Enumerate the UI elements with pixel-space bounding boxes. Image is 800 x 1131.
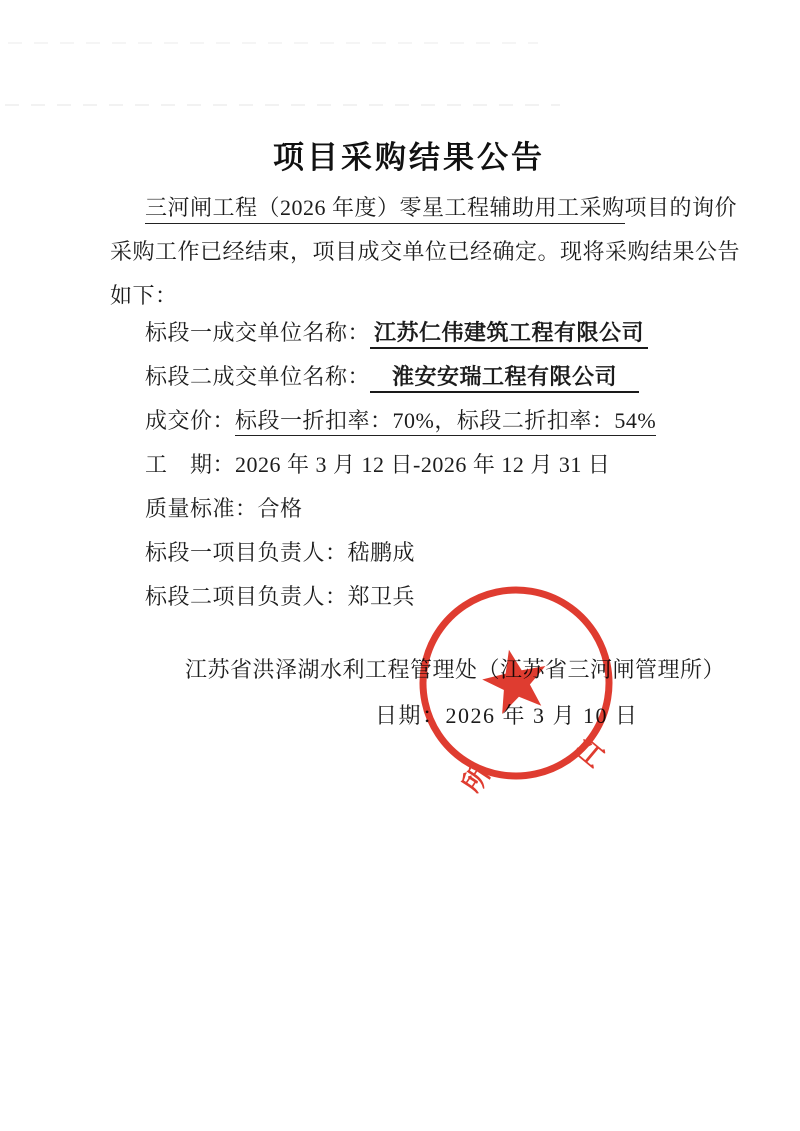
seal-star-icon: [477, 643, 553, 717]
field-value: 江苏仁伟建筑工程有限公司: [370, 320, 648, 349]
field-label: 标段二项目负责人：: [145, 584, 348, 609]
field-label: 工 期：: [145, 452, 235, 477]
project-name-underlined: 三河闸工程（2026 年度）零星工程辅助用工采购: [145, 195, 625, 224]
field-value: 2026 年 3 月 12 日-2026 年 12 月 31 日: [235, 452, 610, 477]
scan-artifact-line: [8, 42, 538, 44]
intro-line-1: 三河闸工程（2026 年度）零星工程辅助用工采购项目的询价: [110, 186, 710, 230]
field-label: 标段一项目负责人：: [145, 540, 348, 565]
field-quality-standard: 质量标准：合格: [145, 487, 725, 531]
field-value: 嵇鹏成: [348, 540, 416, 565]
field-label: 标段二成交单位名称：: [145, 364, 370, 389]
field-label: 成交价：: [145, 408, 235, 433]
official-seal-stamp: 江苏省三河闸管理所: [397, 564, 634, 801]
field-duration: 工 期：2026 年 3 月 12 日-2026 年 12 月 31 日: [145, 443, 725, 487]
field-label: 标段一成交单位名称：: [145, 320, 370, 345]
field-section1-winner: 标段一成交单位名称：江苏仁伟建筑工程有限公司: [145, 311, 725, 355]
field-label: 质量标准：: [145, 496, 258, 521]
page-title: 项目采购结果公告: [110, 132, 708, 177]
field-section2-winner: 标段二成交单位名称：淮安安瑞工程有限公司: [145, 355, 725, 399]
intro-line-2: 采购工作已经结束，项目成交单位已经确定。现将采购结果公告: [110, 230, 710, 274]
scanned-announcement-page: 项目采购结果公告 三河闸工程（2026 年度）零星工程辅助用工采购项目的询价 采…: [0, 0, 800, 1131]
result-fields: 标段一成交单位名称：江苏仁伟建筑工程有限公司 标段二成交单位名称：淮安安瑞工程有…: [145, 311, 725, 619]
field-value: 标段一折扣率：70%，标段二折扣率：54%: [235, 408, 656, 436]
field-value: 淮安安瑞工程有限公司: [370, 364, 639, 393]
intro-paragraph: 三河闸工程（2026 年度）零星工程辅助用工采购项目的询价 采购工作已经结束，项…: [110, 186, 710, 318]
field-section1-manager: 标段一项目负责人：嵇鹏成: [145, 531, 725, 575]
intro-line-1-rest: 项目的询价: [625, 195, 738, 220]
field-deal-price: 成交价：标段一折扣率：70%，标段二折扣率：54%: [145, 399, 725, 443]
scan-artifact-line: [5, 104, 560, 106]
field-value: 合格: [258, 496, 303, 521]
